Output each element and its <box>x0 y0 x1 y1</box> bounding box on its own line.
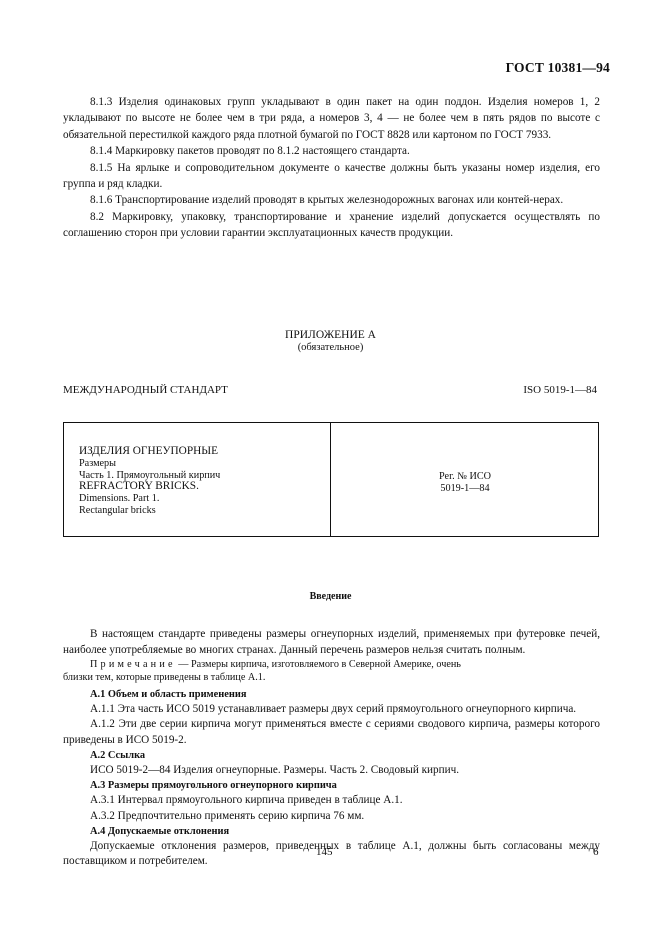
intro-note: Примечание — Размеры кирпича, изготовляе… <box>63 659 600 684</box>
intro-heading: Введение <box>0 591 661 602</box>
section-8-text: 8.1.3 Изделия одинаковых групп укладываю… <box>63 94 600 242</box>
paragraph-a2: ИСО 5019-2—84 Изделия огнеупорные. Разме… <box>63 763 600 778</box>
registration-label: Рег. № ИСО <box>331 471 599 483</box>
paragraph-a3-2: А.3.2 Предпочтительно применять серию ки… <box>63 809 600 824</box>
registration-number: 5019-1—84 <box>331 483 599 495</box>
note-label: Примечание <box>90 659 176 670</box>
heading-a2: А.2 Ссылка <box>63 748 600 763</box>
intro-section: В настоящем стандарте приведены размеры … <box>63 626 600 659</box>
document-code: ГОСТ 10381—94 <box>506 60 610 76</box>
paragraph-a3-1: А.3.1 Интервал прямоугольного кирпича пр… <box>63 793 600 808</box>
paragraph-8-1-6: 8.1.6 Транспортирование изделий проводят… <box>63 192 600 208</box>
paragraph-8-1-4: 8.1.4 Маркировку пакетов проводят по 8.1… <box>63 143 600 159</box>
title-en: REFRACTORY BRICKS. <box>79 481 220 493</box>
sections-a: А.1 Объем и область применения А.1.1 Эта… <box>63 687 600 869</box>
paragraph-8-1-5: 8.1.5 На ярлыке и сопроводительном докум… <box>63 160 600 193</box>
heading-a4: А.4 Допускаемые отклонения <box>63 824 600 839</box>
paragraph-8-1-3: 8.1.3 Изделия одинаковых групп укладываю… <box>63 94 600 143</box>
heading-a1: А.1 Объем и область применения <box>63 687 600 702</box>
standard-title-block: ИЗДЕЛИЯ ОГНЕУПОРНЫЕ Размеры Часть 1. Пря… <box>79 446 220 517</box>
heading-a3: А.3 Размеры прямоугольного огнеупорного … <box>63 778 600 793</box>
appendix-subtitle: (обязательное) <box>0 342 661 353</box>
title-en-sub1: Dimensions. Part 1. <box>79 493 220 505</box>
iso-code: ISO 5019-1—84 <box>523 384 597 396</box>
paragraph-a1-2: А.1.2 Эти две серии кирпича могут примен… <box>63 717 600 747</box>
paragraph-a1-1: А.1.1 Эта часть ИСО 5019 устанавливает р… <box>63 702 600 717</box>
sheet-number: 6 <box>593 846 599 858</box>
paragraph-8-2: 8.2 Маркировку, упаковку, транспортирова… <box>63 209 600 242</box>
note-text: — Размеры кирпича, изготовляемого в Севе… <box>176 659 461 670</box>
page-number: 145 <box>316 846 333 858</box>
title-ru-sub1: Размеры <box>79 458 220 470</box>
appendix-title: ПРИЛОЖЕНИЕ А <box>0 328 661 342</box>
title-en-sub2: Rectangular bricks <box>79 505 220 517</box>
note-text-cont: близки тем, которые приведены в таблице … <box>63 672 600 685</box>
registration-block: Рег. № ИСО 5019-1—84 <box>331 471 599 495</box>
international-standard-label: МЕЖДУНАРОДНЫЙ СТАНДАРТ <box>63 384 228 396</box>
title-ru: ИЗДЕЛИЯ ОГНЕУПОРНЫЕ <box>79 446 220 458</box>
intro-paragraph: В настоящем стандарте приведены размеры … <box>63 626 600 659</box>
